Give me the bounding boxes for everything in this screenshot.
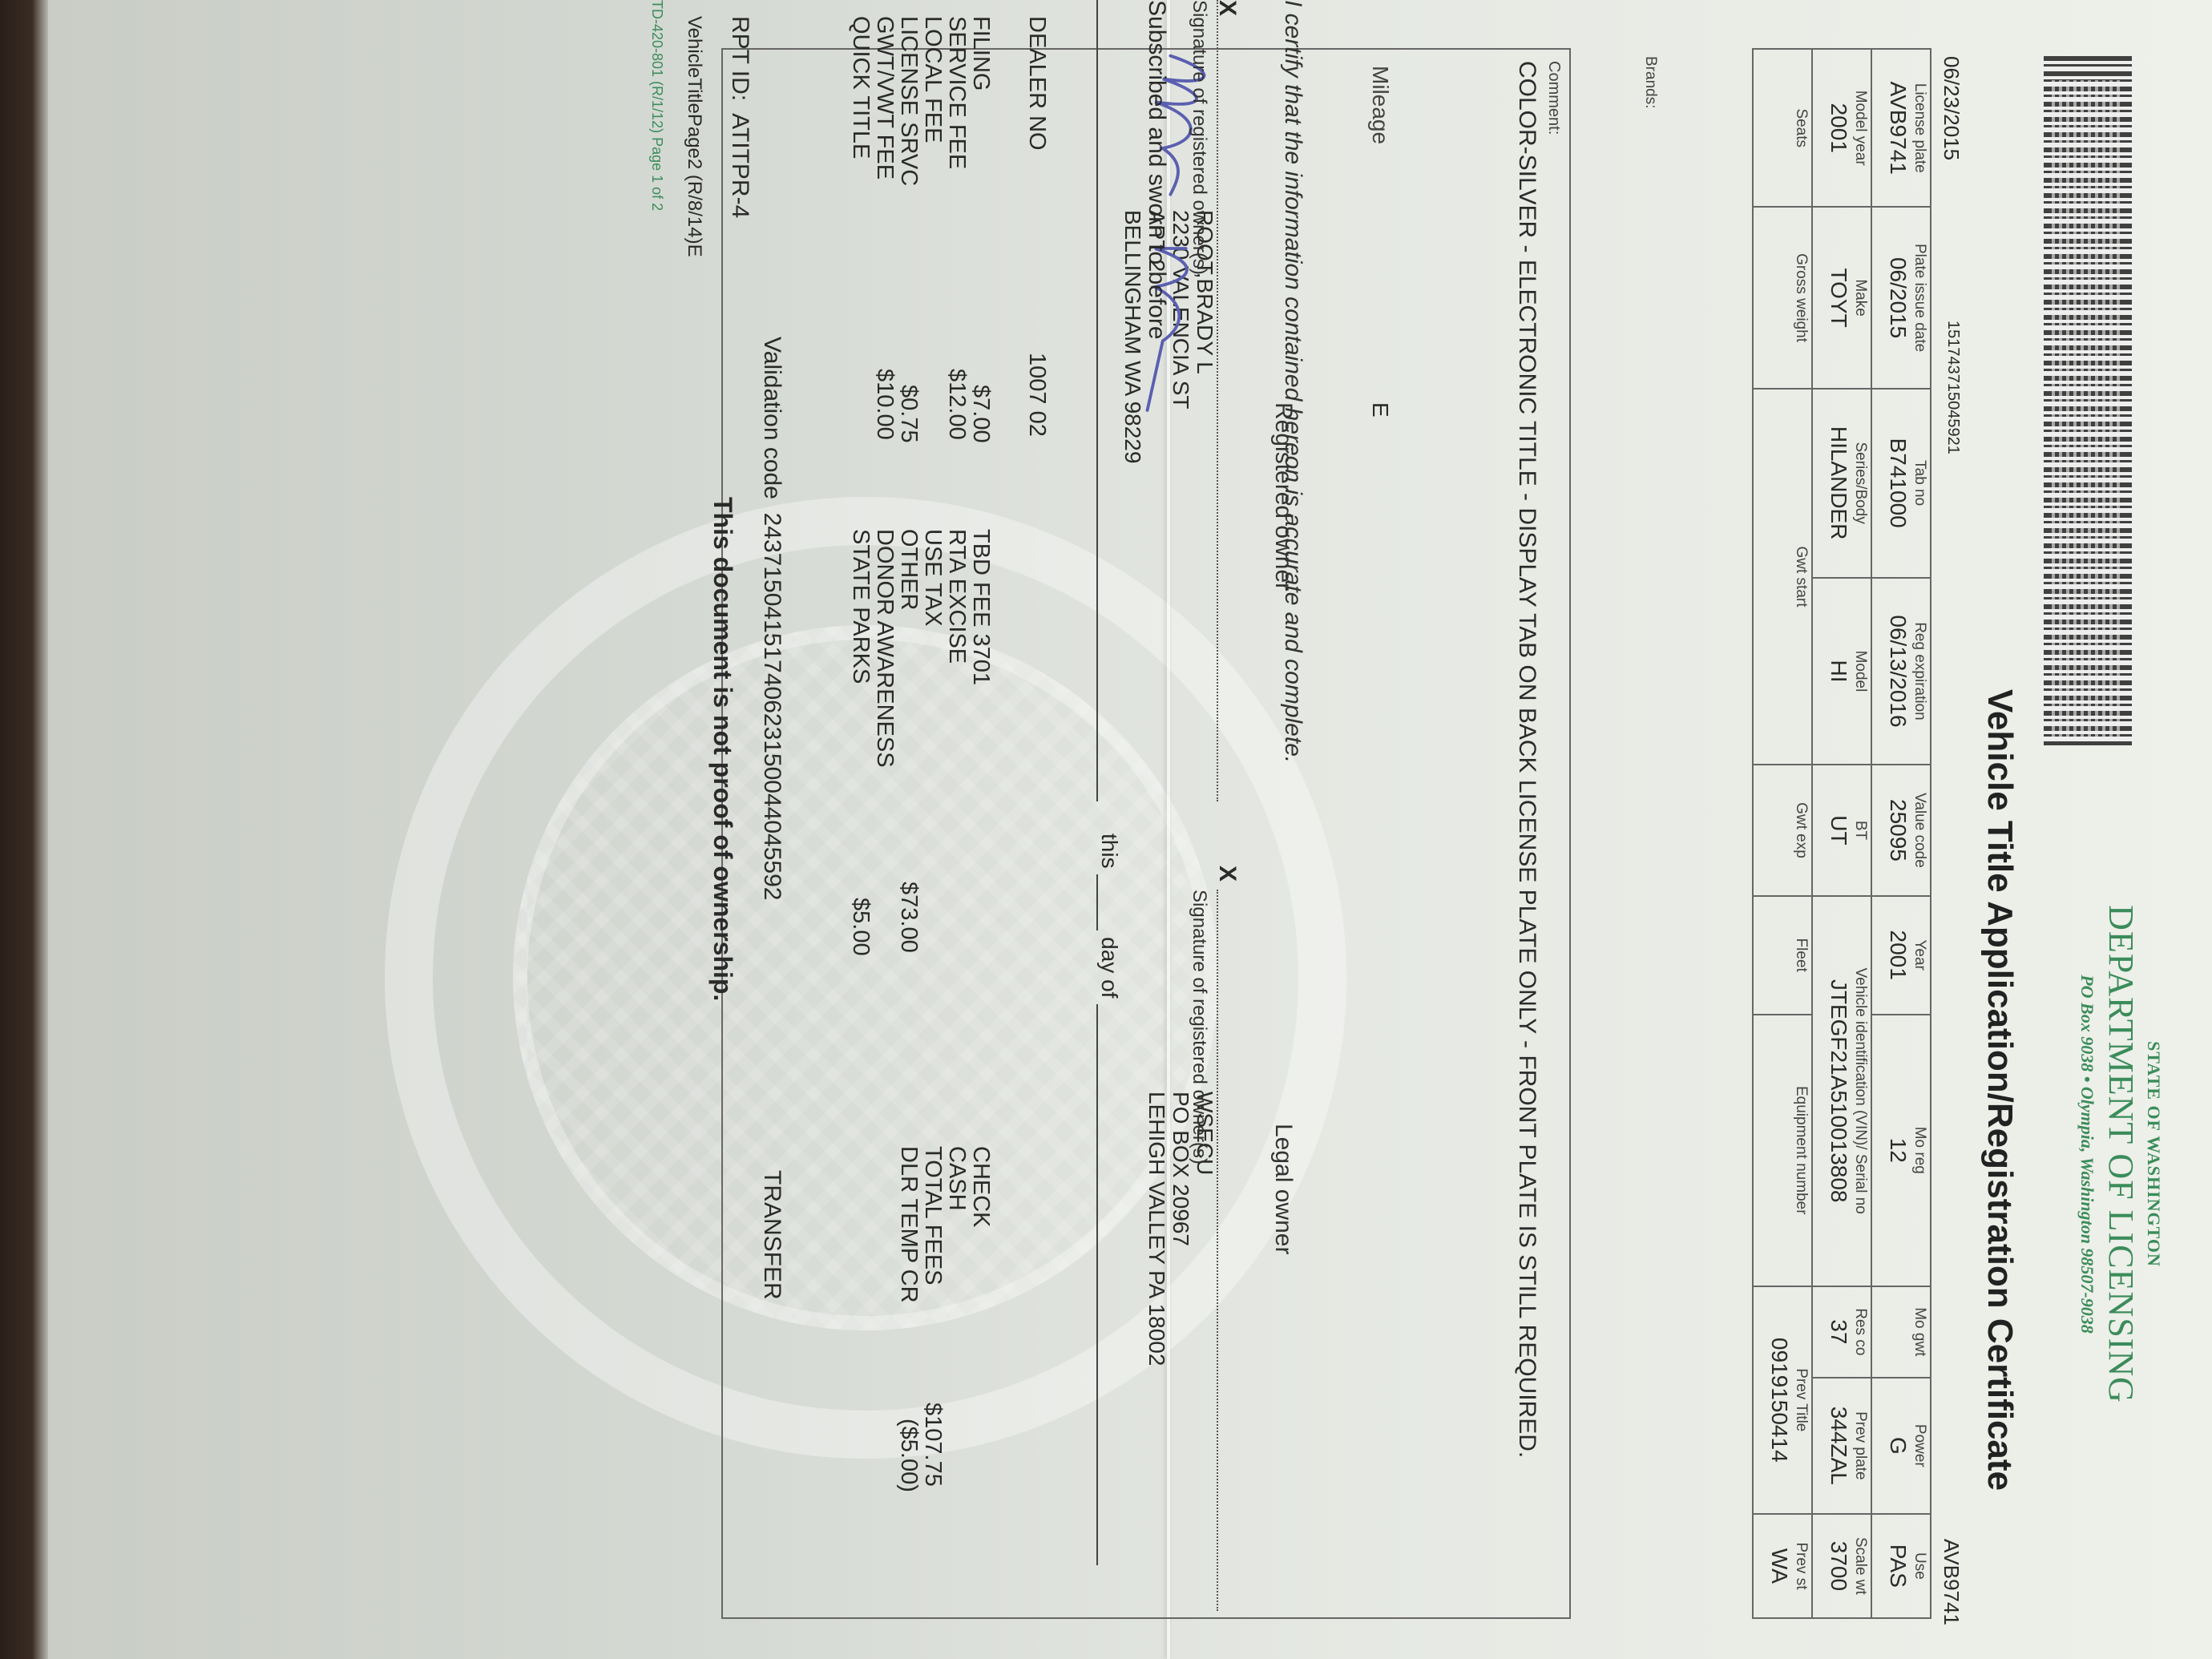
signature-line-right[interactable] — [1217, 890, 1218, 1611]
cell-use: UsePAS — [1871, 1514, 1931, 1618]
cell-equipment-number: Equipment number — [1753, 1015, 1812, 1286]
document-number: 151743715045921 — [1944, 321, 1962, 454]
month-blank[interactable] — [1096, 1004, 1098, 1565]
dlr-temp-cr-amount: ($5.00) — [895, 1419, 922, 1492]
grid-row-3: Seats Gross weight Gwt start Gwt exp Fle… — [1753, 49, 1812, 1618]
cell-power: PowerG — [1871, 1378, 1931, 1514]
total-fees-label: TOTAL FEES — [919, 1146, 946, 1286]
cell-mo-reg: Mo reg12 — [1871, 1015, 1931, 1286]
cell-mo-gwt: Mo gwt — [1871, 1286, 1931, 1378]
fee-tbd: TBD FEE 3701 — [967, 529, 994, 685]
fee-gwt-vwt-amount: $10.00 — [871, 369, 898, 440]
validation-code: Validation code 243715041517406231500440… — [758, 337, 785, 900]
cell-res-co: Res co37 — [1812, 1286, 1871, 1378]
subscribed-sworn-label: Subscribed and sworn to before — [1143, 0, 1170, 340]
cell-seats: Seats — [1753, 49, 1812, 207]
this-day-of-line: this day of — [1096, 834, 1122, 1565]
fee-rta-excise: RTA EXCISE — [943, 529, 970, 664]
fee-license-srvc: LICENSE SRVC — [895, 16, 922, 186]
fee-filing: FILING — [967, 16, 994, 91]
signature-line-left[interactable] — [1217, 0, 1218, 801]
fee-service: SERVICE FEE — [943, 16, 970, 169]
certification-statement: I certify that the information contained… — [1279, 0, 1306, 763]
cell-prev-title: Prev Title0919150414 — [1753, 1286, 1812, 1514]
fee-other: OTHER — [895, 529, 922, 611]
document-title: Vehicle Title Application/Registration C… — [1980, 689, 2020, 1491]
total-fees-amount: $107.75 — [919, 1403, 946, 1487]
fee-quick-title: QUICK TITLE — [847, 16, 874, 159]
dealer-no-value: 1007 02 — [1023, 353, 1050, 437]
agency-state: STATE OF WASHINGTON — [2143, 850, 2164, 1459]
cell-license-plate: License plateAVB9741 — [1871, 49, 1931, 207]
grid-row-1: License plateAVB9741 Plate issue date06/… — [1871, 49, 1931, 1618]
mileage-label: Mileage — [1367, 66, 1393, 144]
cell-year: Year2001 — [1871, 896, 1931, 1015]
cell-plate-issue-date: Plate issue date06/2015 — [1871, 207, 1931, 388]
not-proof-notice: This document is not proof of ownership. — [708, 497, 737, 1001]
legal-owner-label: Legal owner — [1269, 1124, 1297, 1254]
vehicle-info-grid: License plateAVB9741 Plate issue date06/… — [1752, 48, 1931, 1619]
brands-label: Brands: — [1641, 56, 1659, 108]
signature-x-right: X — [1213, 866, 1241, 882]
fee-filing-amount: $7.00 — [967, 385, 994, 443]
comment-text: COLOR-SILVER - ELECTRONIC TITLE - DISPLA… — [1513, 61, 1540, 1584]
signature-label-left: Signature of registered owner(s) — [1188, 0, 1210, 275]
fee-state-parks: STATE PARKS — [847, 529, 874, 684]
vehicle-title-document: STATE OF WASHINGTON DEPARTMENT OF LICENS… — [48, 0, 2212, 1659]
fee-gwt-vwt: GWT/VWT FEE — [871, 16, 898, 180]
cell-prev-plate: Prev plate344ZAL — [1812, 1378, 1871, 1514]
fee-license-srvc-amount: $0.75 — [895, 385, 922, 443]
cell-model: ModelHI — [1812, 578, 1871, 765]
transaction-type: TRANSFER — [758, 1170, 785, 1300]
dlr-temp-cr-label: DLR TEMP CR — [895, 1146, 922, 1303]
form-number: TD-420-801 (R/1/12) Page 1 of 2 — [648, 0, 665, 211]
mileage-value: E — [1367, 402, 1393, 418]
comment-label: Comment: — [1544, 61, 1563, 135]
cell-fleet: Fleet — [1753, 896, 1812, 1015]
rpt-id: RPT ID: ATITPR-4 — [726, 16, 753, 218]
cell-tab-no: Tab noB741000 — [1871, 389, 1931, 578]
cell-vin: Vehicle identification (VIN)/ Serial noJ… — [1812, 896, 1871, 1286]
fee-other-amount: $73.00 — [895, 882, 922, 953]
fee-donor-awareness: DONOR AWARENESS — [871, 529, 898, 768]
payment-cash: CASH — [943, 1146, 970, 1211]
notary-line[interactable] — [1096, 0, 1098, 801]
cell-series-body: Series/BodyHILANDER — [1812, 389, 1871, 578]
handwritten-signature — [1106, 48, 1250, 449]
cell-gwt-exp: Gwt exp — [1753, 765, 1812, 895]
payment-check: CHECK — [967, 1146, 994, 1228]
cell-model-year: Model year2001 — [1812, 49, 1871, 207]
agency-department: DEPARTMENT OF LICENSING — [2101, 850, 2141, 1459]
cell-scale-wt: Scale wt3700 — [1812, 1514, 1871, 1618]
cell-bt: BTUT — [1812, 765, 1871, 895]
cell-gross-weight: Gross weight — [1753, 207, 1812, 388]
dealer-no-label: DEALER NO — [1023, 16, 1050, 151]
issue-date: 06/23/2015 — [1939, 56, 1964, 160]
barcode-pattern — [2052, 80, 2124, 737]
grid-row-2: Model year2001 MakeTOYT Series/BodyHILAN… — [1812, 49, 1871, 1618]
plate-top-right: AVB9741 — [1939, 1539, 1964, 1625]
cell-make: MakeTOYT — [1812, 207, 1871, 388]
fee-use-tax: USE TAX — [919, 529, 946, 626]
cell-reg-expiration: Reg expiration06/13/2016 — [1871, 578, 1931, 765]
agency-address: PO Box 9038 • Olympia, Washington 98507-… — [2077, 850, 2097, 1459]
fee-state-parks-amount: $5.00 — [847, 898, 874, 956]
signature-label-right: Signature of registered owner(s) — [1188, 890, 1210, 1165]
form-revision: VehicleTitlePage2 (R/8/14)E — [683, 16, 705, 257]
cell-gwt-start: Gwt start — [1753, 389, 1812, 765]
fee-service-amount: $12.00 — [943, 369, 970, 440]
day-blank[interactable] — [1096, 874, 1098, 930]
cell-value-code: Value code25095 — [1871, 765, 1931, 895]
document-header: STATE OF WASHINGTON DEPARTMENT OF LICENS… — [2020, 0, 2180, 1659]
agency-block: STATE OF WASHINGTON DEPARTMENT OF LICENS… — [2077, 850, 2164, 1459]
cell-prev-st: Prev stWA — [1753, 1514, 1812, 1618]
fee-local: LOCAL FEE — [919, 16, 946, 143]
